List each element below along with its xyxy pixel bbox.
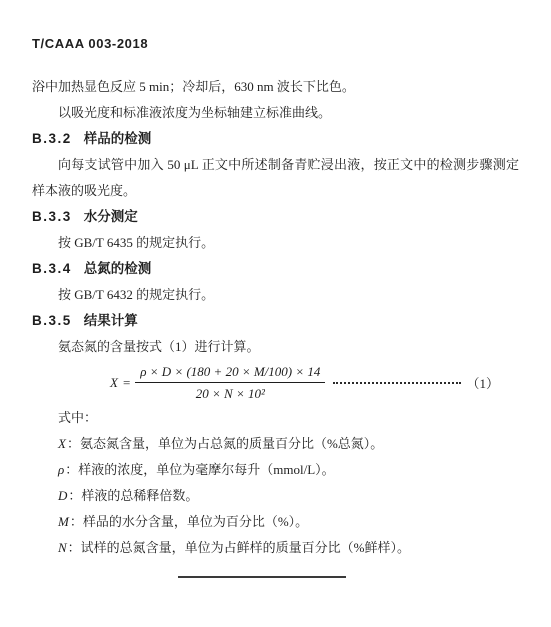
definition-item-d: D：样液的总稀释倍数。 (32, 483, 519, 509)
section-number: B.3.2 (32, 131, 72, 146)
section-title: 总氮的检测 (84, 261, 152, 276)
definition-text: ：样液的浓度，单位为毫摩尔每升（mmol/L）。 (65, 462, 334, 477)
section-b32-paragraph: 向每支试管中加入 50 μL 正文中所述制备青贮浸出液，按正文中的检测步骤测定样… (32, 152, 519, 204)
definition-symbol: ρ (58, 462, 64, 477)
section-number: B.3.5 (32, 313, 72, 328)
formula-lhs: X (110, 375, 118, 391)
definition-text: ：样液的总稀释倍数。 (68, 488, 198, 503)
doc-code-header: T/CAAA 003-2018 (32, 34, 519, 54)
paragraph-standard-curve: 以吸光度和标准液浓度为坐标轴建立标准曲线。 (32, 100, 519, 126)
section-title: 水分测定 (84, 209, 138, 224)
formula-fraction: ρ × D × (180 + 20 × M/100) × 14 20 × N ×… (135, 363, 325, 402)
footer-divider (178, 576, 346, 578)
definition-text: ：试样的总氮含量，单位为占鲜样的质量百分比（%鲜样）。 (68, 540, 410, 555)
definition-symbol: N (58, 540, 67, 555)
section-heading-b34: B.3.4总氮的检测 (32, 256, 519, 282)
definition-text: ：样品的水分含量，单位为百分比（%）。 (70, 514, 308, 529)
document-page: T/CAAA 003-2018 浴中加热显色反应 5 min；冷却后，630 n… (0, 0, 551, 578)
definition-item-x: X：氨态氮含量，单位为占总氮的质量百分比（%总氮）。 (32, 431, 519, 457)
section-number: B.3.4 (32, 261, 72, 276)
definition-symbol: M (58, 514, 69, 529)
section-heading-b32: B.3.2样品的检测 (32, 126, 519, 152)
formula-equals: = (123, 375, 130, 391)
section-heading-b33: B.3.3水分测定 (32, 204, 519, 230)
definition-symbol: X (58, 436, 66, 451)
definition-text: ：氨态氮含量，单位为占总氮的质量百分比（%总氮）。 (67, 436, 383, 451)
formula-denominator: 20 × N × 10² (196, 383, 265, 402)
definition-item-m: M：样品的水分含量，单位为百分比（%）。 (32, 509, 519, 535)
section-title: 样品的检测 (84, 131, 152, 146)
formula-equation-1: X = ρ × D × (180 + 20 × M/100) × 14 20 ×… (110, 363, 499, 402)
definition-item-n: N：试样的总氮含量，单位为占鲜样的质量百分比（%鲜样）。 (32, 535, 519, 561)
formula-numerator: ρ × D × (180 + 20 × M/100) × 14 (135, 363, 325, 383)
dotted-leader (333, 382, 461, 384)
definition-item-rho: ρ：样液的浓度，单位为毫摩尔每升（mmol/L）。 (32, 457, 519, 483)
section-b33-paragraph: 按 GB/T 6435 的规定执行。 (32, 230, 519, 256)
section-number: B.3.3 (32, 209, 72, 224)
section-title: 结果计算 (84, 313, 138, 328)
section-b34-paragraph: 按 GB/T 6432 的规定执行。 (32, 282, 519, 308)
definition-symbol: D (58, 488, 67, 503)
section-b35-paragraph: 氨态氮的含量按式（1）进行计算。 (32, 334, 519, 360)
where-label: 式中： (32, 405, 519, 431)
section-heading-b35: B.3.5结果计算 (32, 308, 519, 334)
paragraph-color-reaction: 浴中加热显色反应 5 min；冷却后，630 nm 波长下比色。 (32, 74, 519, 100)
formula-number: （1） (466, 373, 499, 392)
